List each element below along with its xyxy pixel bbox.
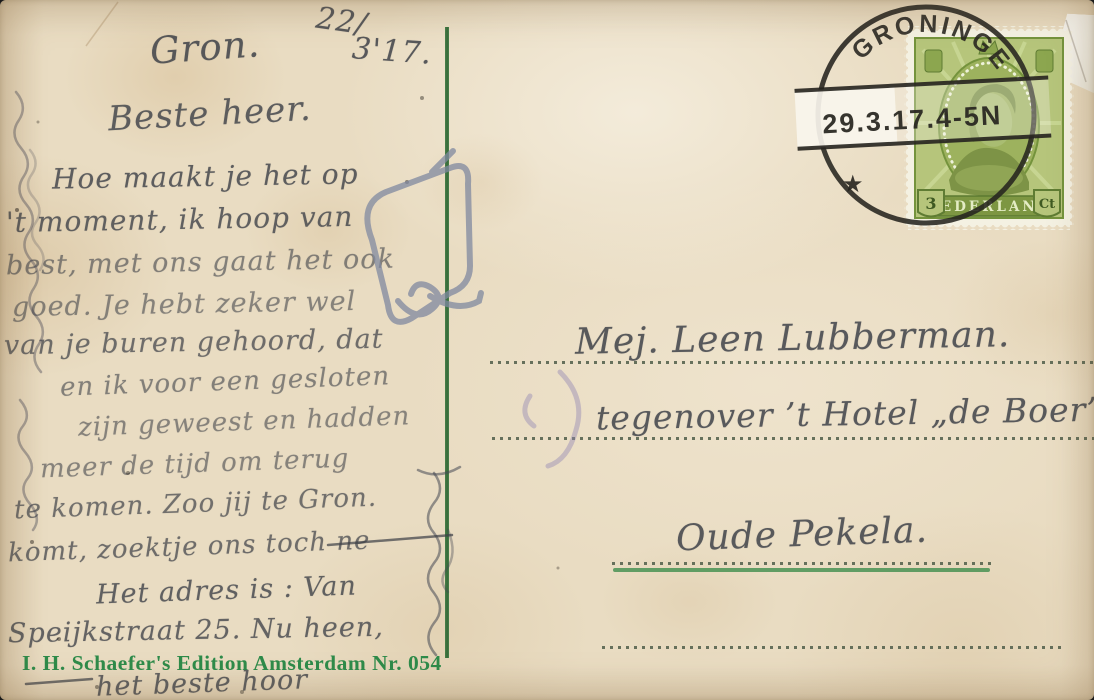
message-line: Hoe maakt je het op [52, 157, 359, 195]
handwritten-greeting: Beste heer. [107, 89, 312, 140]
message-line: en ik voor een gesloten [60, 361, 391, 403]
address-recipient: Mej. Leen Lubberman. [575, 314, 1011, 363]
postmark-star-icon: ★ [842, 170, 864, 198]
crease-line [86, 2, 118, 46]
divider-line [445, 27, 449, 658]
handwritten-place: Gron. [149, 22, 262, 73]
message-line: meer de tijd om terug [40, 444, 350, 485]
message-line: Speijkstraat 25. Nu heen, [8, 612, 384, 650]
message-line: het beste hoor [96, 664, 309, 700]
censor-mark [367, 151, 481, 322]
message-line: te komen. Zoo jij te Gron. [14, 483, 378, 526]
paper-specks [0, 0, 2, 2]
address-line-2-rule [492, 437, 1094, 440]
message-line: Het adres is : Van [96, 570, 358, 610]
message-line: 't moment, ik hoop van [6, 200, 354, 239]
message-line: komt, zoektje ons toch ne [8, 526, 371, 569]
handwritten-date-rest: 3'17. [351, 31, 433, 71]
postcard-back: I. H. Schaefer's Edition Amsterdam Nr. 0… [0, 0, 1094, 700]
address-line-3-rule [612, 562, 992, 565]
dash-mark [26, 679, 92, 684]
address-line-3-underline [613, 568, 990, 572]
address-line-4-rule [602, 646, 1062, 649]
message-line: goed. Je hebt zeker wel [12, 286, 357, 323]
postmark-date-band: 29.3.17.4-5N [795, 78, 1052, 149]
address-street: tegenover ’t Hotel „de Boer”. [596, 389, 1094, 437]
address-town: Oude Pekela. [675, 510, 928, 560]
message-line: best, met ons gaat het ook [6, 244, 395, 282]
faint-purple-mark [525, 372, 579, 466]
vertical-scrawl-divider [418, 467, 460, 655]
message-line: van je buren gehoord, dat [4, 324, 384, 362]
message-line: zijn geweest en hadden [78, 401, 411, 443]
postmark: GRONINGEN 29.3.17.4-5N ★ [788, 0, 1068, 240]
